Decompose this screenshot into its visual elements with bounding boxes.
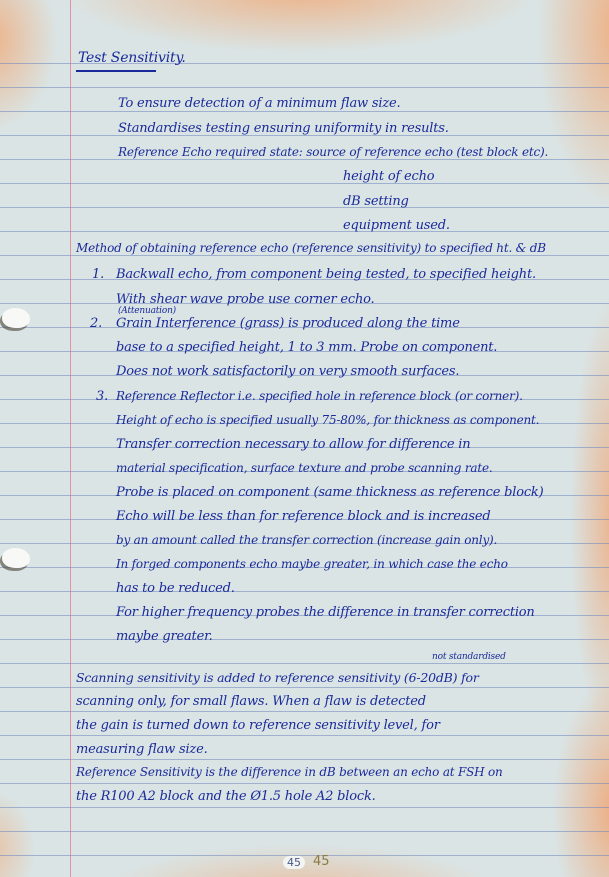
page-title: Test Sensitivity. [78,50,186,66]
reference-line: the R100 A2 block and the Ø1.5 hole A2 b… [76,789,376,804]
scanning-line: scanning only, for small flaws. When a f… [76,694,426,709]
scanning-line: the gain is turned down to reference sen… [76,718,440,733]
method-line: by an amount called the transfer correct… [116,533,497,547]
scanning-note: not standardised [432,652,506,662]
method-line: Backwall echo, from component being test… [116,267,536,282]
state-item: dB setting [343,194,409,209]
method-line: Transfer correction necessary to allow f… [116,437,470,452]
purpose-line: Reference Echo required state: source of… [118,145,548,159]
method-line: material specification, surface texture … [116,461,493,475]
method-line: maybe greater. [116,629,213,644]
method-line: Reference Reflector i.e. specified hole … [116,389,523,403]
scanning-line: Scanning sensitivity is added to referen… [76,670,479,685]
method-heading: Method of obtaining reference echo (refe… [76,241,546,255]
item-number: 2. [90,316,102,331]
method-line: With shear wave probe use corner echo. [116,292,375,307]
method-line: For higher frequency probes the differen… [116,605,535,620]
notebook-page: Test Sensitivity. To ensure detection of… [0,0,609,877]
punch-hole [2,548,30,568]
margin-line [70,0,71,877]
method-line: Echo will be less than for reference blo… [116,509,490,524]
state-item: height of echo [343,169,434,184]
purpose-line: Standardises testing ensuring uniformity… [118,121,449,136]
method-line: In forged components echo maybe greater,… [116,557,508,571]
annotation: (Attenuation) [118,306,176,316]
punch-hole [2,308,30,328]
method-line: Height of echo is specified usually 75-8… [116,413,539,427]
page-number-old: 45 [283,856,305,869]
method-line: Does not work satisfactorily on very smo… [116,364,459,379]
page-number: 45 [313,854,330,869]
purpose-line: To ensure detection of a minimum flaw si… [118,96,400,111]
state-item: equipment used. [343,218,450,233]
method-line: has to be reduced. [116,581,235,596]
item-number: 1. [92,267,104,282]
method-line: Probe is placed on component (same thick… [116,485,543,500]
method-line: Grain Interference (grass) is produced a… [116,316,460,331]
reference-line: Reference Sensitivity is the difference … [76,765,503,779]
scanning-line: measuring flaw size. [76,742,208,757]
method-line: base to a specified height, 1 to 3 mm. P… [116,340,497,355]
title-underline [76,70,156,72]
item-number: 3. [96,389,108,404]
